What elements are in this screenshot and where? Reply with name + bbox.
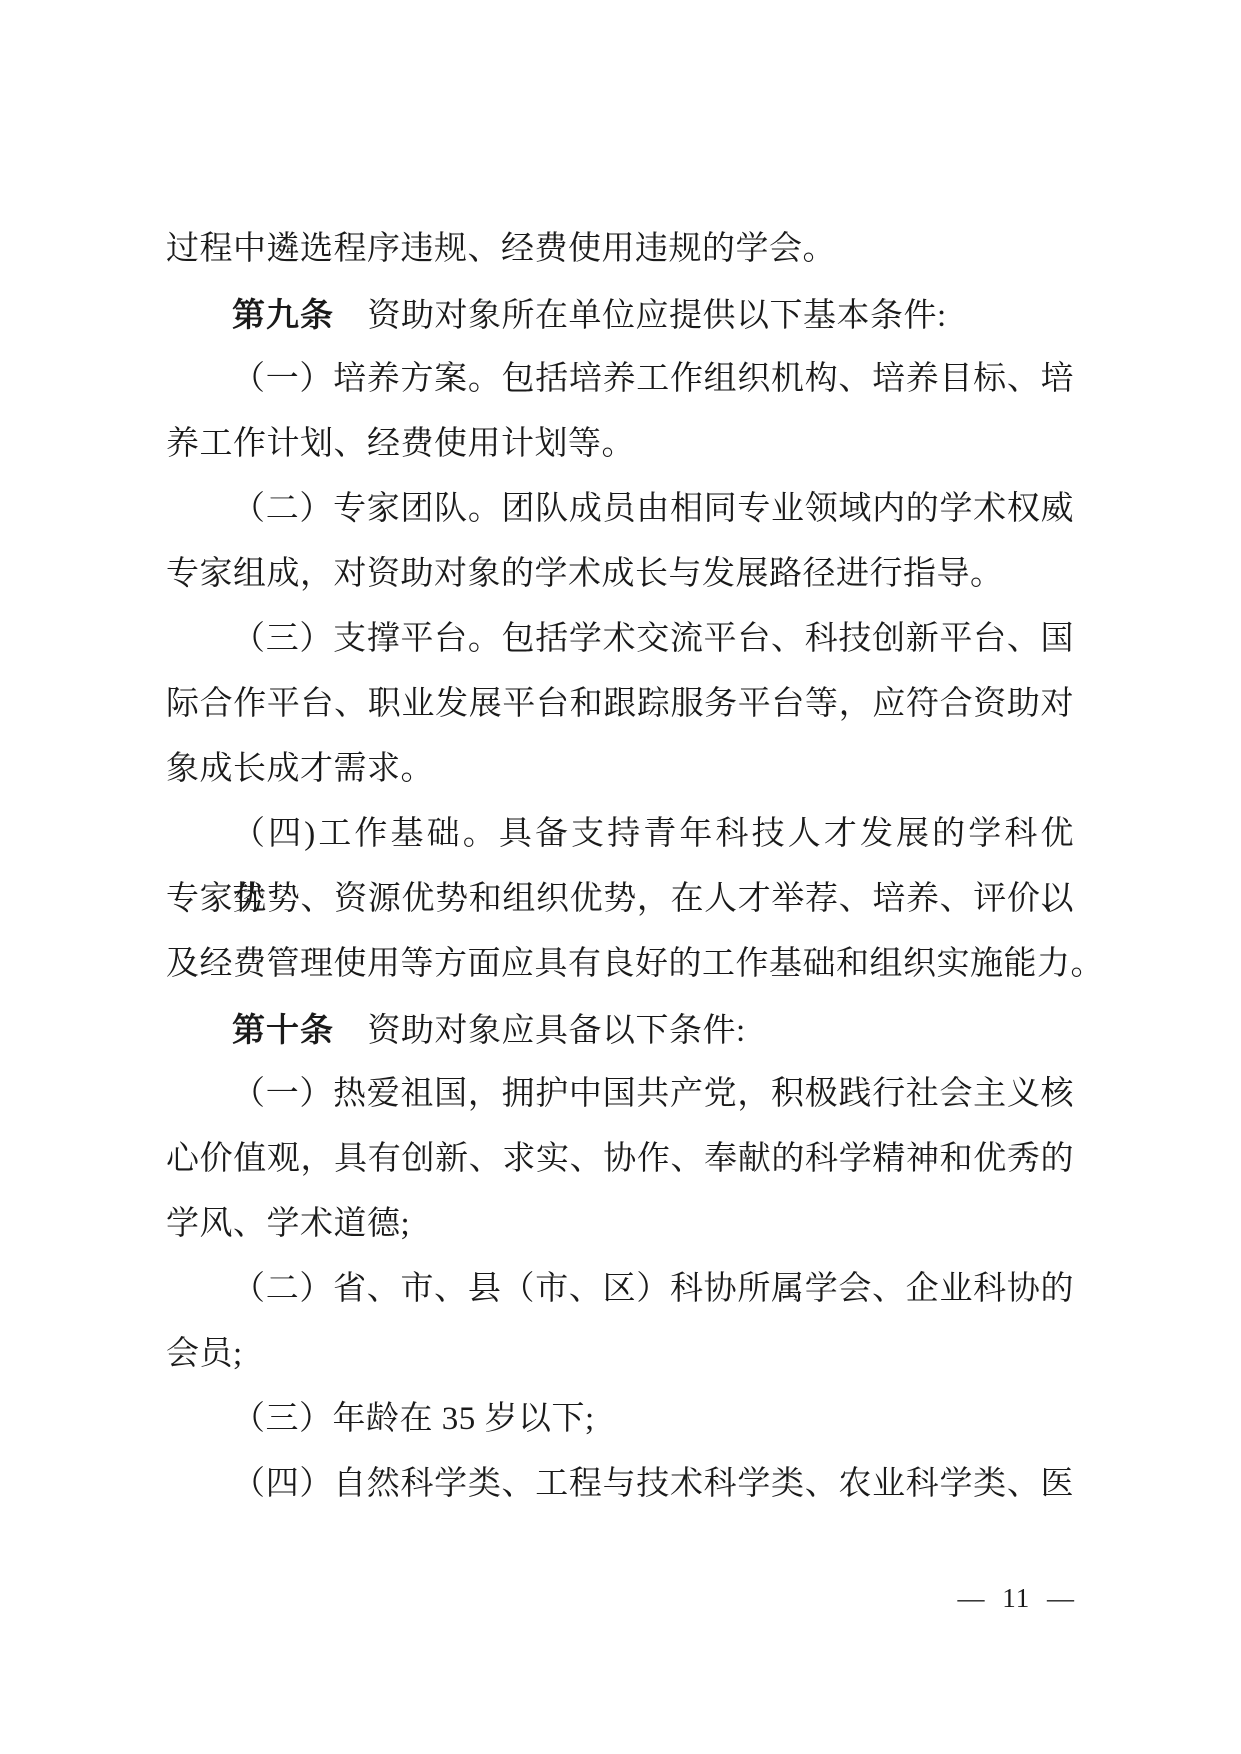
document-body: 过程中遴选程序违规、经费使用违规的学会。第九条 资助对象所在单位应提供以下基本条… [166, 217, 1074, 1517]
text-segment: 会员; [166, 1336, 243, 1372]
text-line: 养工作计划、经费使用计划等。 [166, 412, 1074, 477]
text-segment: 学风、学术道德; [166, 1206, 410, 1242]
text-line: 学风、学术道德; [166, 1192, 1074, 1257]
text-line: （二）省、市、县（市、区）科协所属学会、企业科协的 [166, 1257, 1074, 1322]
text-line: 第十条 资助对象应具备以下条件: [166, 997, 1074, 1062]
text-segment: 专家优势、资源优势和组织优势，在人才举荐、培养、评价以 [166, 881, 1074, 917]
text-line: （三）支撑平台。包括学术交流平台、科技创新平台、国 [166, 607, 1074, 672]
text-segment: 资助对象应具备以下条件: [334, 1013, 746, 1049]
text-line: 专家组成，对资助对象的学术成长与发展路径进行指导。 [166, 542, 1074, 607]
text-line: 第九条 资助对象所在单位应提供以下基本条件: [166, 282, 1074, 347]
text-line: 会员; [166, 1322, 1074, 1387]
text-line: 心价值观，具有创新、求实、协作、奉献的科学精神和优秀的 [166, 1127, 1074, 1192]
text-segment: （二）省、市、县（市、区）科协所属学会、企业科协的 [232, 1271, 1074, 1307]
text-line: 及经费管理使用等方面应具有良好的工作基础和组织实施能力。 [166, 932, 1074, 997]
text-segment: （一）热爱祖国，拥护中国共产党，积极践行社会主义核 [232, 1076, 1074, 1112]
text-line: 过程中遴选程序违规、经费使用违规的学会。 [166, 217, 1074, 282]
text-line: 象成长成才需求。 [166, 737, 1074, 802]
text-segment: （三）支撑平台。包括学术交流平台、科技创新平台、国 [232, 621, 1074, 657]
text-line: （一）培养方案。包括培养工作组织机构、培养目标、培 [166, 347, 1074, 412]
text-line: （四)工作基础。具备支持青年科技人才发展的学科优势、 [166, 802, 1074, 867]
text-line: （三）年龄在 35 岁以下; [166, 1387, 1074, 1452]
article-number-label: 第九条 [232, 296, 334, 333]
text-line: 际合作平台、职业发展平台和跟踪服务平台等，应符合资助对 [166, 672, 1074, 737]
text-segment: 专家组成，对资助对象的学术成长与发展路径进行指导。 [166, 556, 1004, 592]
page-footer: — 11 — [958, 1578, 1076, 1618]
text-line: 专家优势、资源优势和组织优势，在人才举荐、培养、评价以 [166, 867, 1074, 932]
text-segment: 象成长成才需求。 [166, 751, 434, 787]
text-segment: 资助对象所在单位应提供以下基本条件: [334, 298, 947, 334]
text-segment: （四）自然科学类、工程与技术科学类、农业科学类、医 [232, 1466, 1074, 1502]
text-line: （二）专家团队。团队成员由相同专业领域内的学术权威 [166, 477, 1074, 542]
text-segment: （三）年龄在 35 岁以下; [232, 1401, 595, 1437]
page-number: — 11 — [958, 1583, 1076, 1613]
text-segment: （一）培养方案。包括培养工作组织机构、培养目标、培 [232, 361, 1074, 397]
text-segment: 及经费管理使用等方面应具有良好的工作基础和组织实施能力。 [166, 946, 1104, 982]
text-segment: 际合作平台、职业发展平台和跟踪服务平台等，应符合资助对 [166, 686, 1074, 722]
text-segment: 过程中遴选程序违规、经费使用违规的学会。 [166, 231, 836, 267]
text-segment: 养工作计划、经费使用计划等。 [166, 426, 635, 462]
text-line: （四）自然科学类、工程与技术科学类、农业科学类、医 [166, 1452, 1074, 1517]
article-number-label: 第十条 [232, 1011, 334, 1048]
text-segment: （二）专家团队。团队成员由相同专业领域内的学术权威 [232, 491, 1074, 527]
text-segment: 心价值观，具有创新、求实、协作、奉献的科学精神和优秀的 [166, 1141, 1074, 1177]
text-line: （一）热爱祖国，拥护中国共产党，积极践行社会主义核 [166, 1062, 1074, 1127]
document-page: 过程中遴选程序违规、经费使用违规的学会。第九条 资助对象所在单位应提供以下基本条… [0, 0, 1241, 1754]
